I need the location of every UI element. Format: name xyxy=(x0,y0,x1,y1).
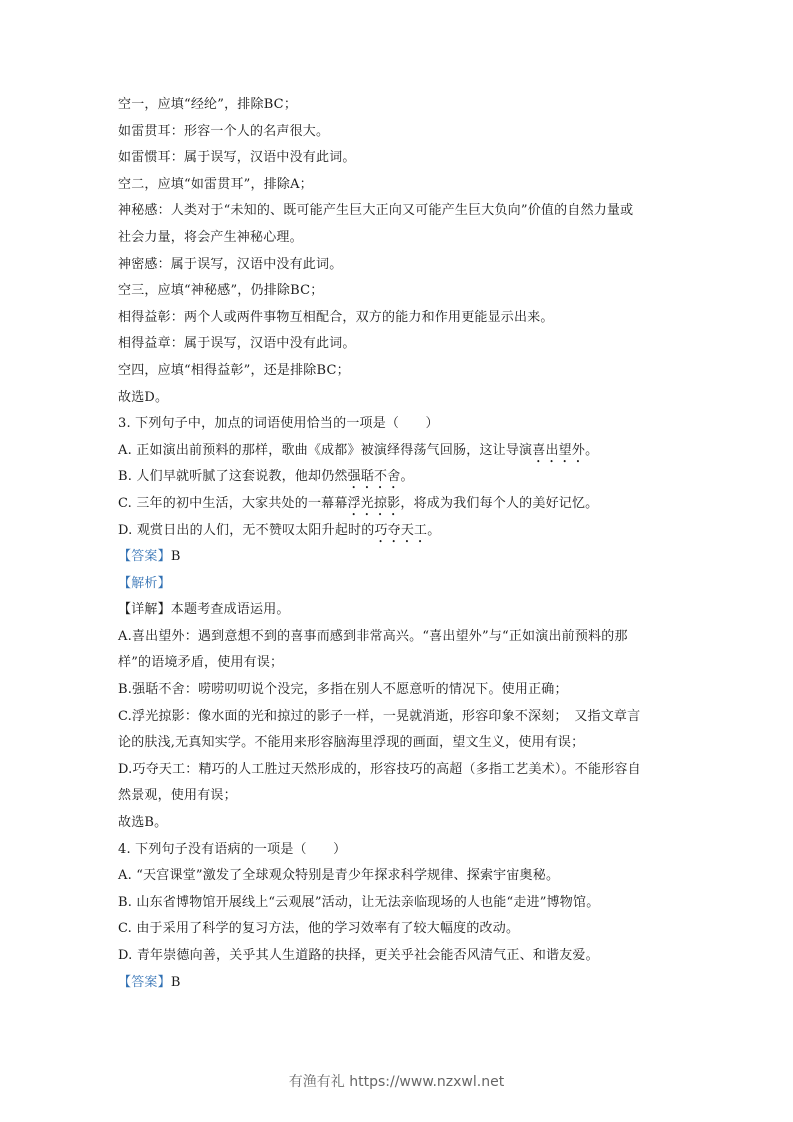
option-text: 。 xyxy=(585,443,598,458)
option-text: A. 正如演出前预料的那样，歌曲《成都》被演绎得荡气回肠，这让导演 xyxy=(118,443,532,458)
text-line: 神秘感：人类对于“未知的、既可能产生巨大正向又可能产生巨大负向”价值的自然力量或 xyxy=(118,202,678,219)
option-text: 。 xyxy=(400,469,413,484)
analysis-tag: 【解析】 xyxy=(118,575,678,592)
text-line: 如雷贯耳：形容一个人的名声很大。 xyxy=(118,123,678,140)
detail-line: A.喜出望外：遇到意想不到的喜事而感到非常高兴。“喜出望外”与“正如演出前预料的… xyxy=(118,628,678,645)
detail-line: 样”的语境矛盾，使用有误； xyxy=(118,654,678,671)
q3-option-b: B. 人们早就听腻了这套说教，他却仍然强聒不舍。 xyxy=(118,468,678,485)
dotted-idiom: 浮光掠影 xyxy=(348,496,401,511)
text-line: 空二，应填“如雷贯耳”，排除A； xyxy=(118,176,678,193)
document-page: 空一，应填“经纶”，排除BC； 如雷贯耳：形容一个人的名声很大。 如雷惯耳：属于… xyxy=(118,96,678,1000)
answer-value: B xyxy=(171,549,181,564)
detail-line: C.浮光掠影：像水面的光和掠过的影子一样，一晃就消逝，形容印象不深刻； 又指文章… xyxy=(118,708,678,725)
text-line: 空一，应填“经纶”，排除BC； xyxy=(118,96,678,113)
q3-option-d: D. 观赏日出的人们，无不赞叹太阳升起时的巧夺天工。 xyxy=(118,522,678,539)
answer-tag: 【答案】 xyxy=(118,975,171,990)
text-line: 故选D。 xyxy=(118,389,678,406)
dotted-idiom: 巧夺天工 xyxy=(374,523,427,538)
q3-answer: 【答案】B xyxy=(118,548,678,565)
detail-line: 故选B。 xyxy=(118,814,678,831)
question-3-stem: 3. 下列句子中，加点的词语使用恰当的一项是（ ） xyxy=(118,415,678,432)
detail-line: D.巧夺天工：精巧的人工胜过天然形成的，形容技巧的高超（多指工艺美术）。不能形容… xyxy=(118,761,678,778)
q4-option-a: A. “天宫课堂”激发了全球观众特别是青少年探求科学规律、探索宇宙奥秘。 xyxy=(118,867,678,884)
option-text: C. 三年的初中生活，大家共处的一幕幕 xyxy=(118,496,348,511)
dotted-idiom: 喜出望外 xyxy=(532,443,585,458)
text-line: 相得益章：属于误写，汉语中没有此词。 xyxy=(118,335,678,352)
text-line: 神密感：属于误写，汉语中没有此词。 xyxy=(118,256,678,273)
q4-option-d: D. 青年崇德向善，关乎其人生道路的抉择，更关乎社会能否风清气正、和谐友爱。 xyxy=(118,947,678,964)
detail-line: B.强聒不舍：唠唠叨叨说个没完，多指在别人不愿意听的情况下。使用正确； xyxy=(118,681,678,698)
q3-option-a: A. 正如演出前预料的那样，歌曲《成都》被演绎得荡气回肠，这让导演喜出望外。 xyxy=(118,442,678,459)
answer-value: B xyxy=(171,975,181,990)
option-text: 。 xyxy=(427,523,440,538)
detail-line: 然景观，使用有误； xyxy=(118,787,678,804)
text-line: 社会力量，将会产生神秘心理。 xyxy=(118,229,678,246)
detail-line: 【详解】本题考查成语运用。 xyxy=(118,601,678,618)
option-text: D. 观赏日出的人们，无不赞叹太阳升起时的 xyxy=(118,523,374,538)
q4-option-c: C. 由于采用了科学的复习方法，他的学习效率有了较大幅度的改动。 xyxy=(118,920,678,937)
q4-answer: 【答案】B xyxy=(118,974,678,991)
text-line: 空四，应填“相得益彰”，还是排除BC； xyxy=(118,362,678,379)
footer-watermark: 有渔有礼 https://www.nzxwl.net xyxy=(0,1071,793,1091)
q3-option-c: C. 三年的初中生活，大家共处的一幕幕浮光掠影，将成为我们每个人的美好记忆。 xyxy=(118,495,678,512)
text-line: 相得益彰：两个人或两件事物互相配合，双方的能力和作用更能显示出来。 xyxy=(118,309,678,326)
option-text: ，将成为我们每个人的美好记忆。 xyxy=(400,496,598,511)
text-line: 空三，应填“神秘感”，仍排除BC； xyxy=(118,282,678,299)
option-text: B. 人们早就听腻了这套说教，他却仍然 xyxy=(118,469,348,484)
question-4-stem: 4. 下列句子没有语病的一项是（ ） xyxy=(118,841,678,858)
detail-line: 论的肤浅,无真知实学。不能用来形容脑海里浮现的画面，望文生义，使用有误； xyxy=(118,734,678,751)
answer-tag: 【答案】 xyxy=(118,549,171,564)
q4-option-b: B. 山东省博物馆开展线上“云观展”活动，让无法亲临现场的人也能“走进”博物馆。 xyxy=(118,894,678,911)
dotted-idiom: 强聒不舍 xyxy=(348,469,401,484)
text-line: 如雷惯耳：属于误写，汉语中没有此词。 xyxy=(118,149,678,166)
